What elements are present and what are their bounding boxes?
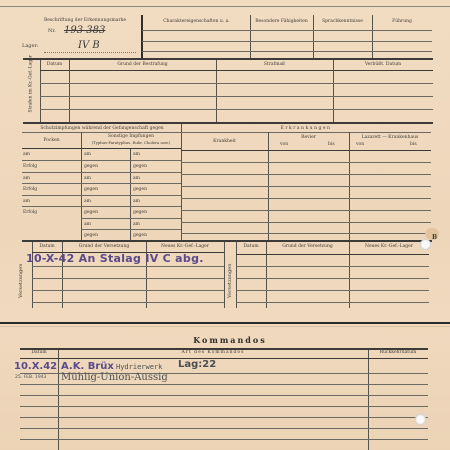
sonstige-am: am [133,152,140,157]
sonstige-gegen: gegen [84,210,98,215]
col-lazarett: Lazarett — Krankenhaus [349,135,431,140]
col-faehigkeiten: Besondere Fähigkeiten [250,19,313,24]
nr-value: 193 383 [64,25,105,36]
col-sonstige: Sonstige Impfungen [81,134,181,139]
col-art: Art des Kommandos [58,350,368,355]
sonstige-am: am [84,176,91,181]
row-line [181,210,431,211]
lazarett-von: von [356,142,364,147]
lager-dotted-line [44,52,136,53]
row-line [181,186,431,187]
sonstige-am: am [133,199,140,204]
col-divider [236,242,237,308]
punch-hole [420,239,431,250]
row-line [181,132,431,133]
col-datum: Datum [32,244,62,249]
strafen-side-label: Strafen im Kr.-Gef.-Lager [29,63,34,113]
sonstige-am: am [84,222,91,227]
row-line [181,150,431,151]
row-line [236,254,429,255]
row-line [142,30,432,31]
col-fuehrung: Führung [372,19,432,24]
col-datum: Datum [40,62,69,67]
kommando-date-1: 10.X.42 [14,361,57,372]
row-line [181,233,431,234]
revier-von: von [280,142,288,147]
row-line [142,51,432,52]
row-line [22,183,81,184]
pocken-erfolg: Erfolg [23,187,37,192]
kommandos-title: Kommandos [160,335,300,345]
row-line [32,290,224,291]
row-line [81,218,181,219]
row-line [81,229,181,230]
pocken-erfolg: Erfolg [23,210,37,215]
row-line [22,195,81,196]
kommando-text-1: A.K. Brüx [61,361,114,372]
col-krankheit: Krankheit [181,139,268,144]
revier-bis: bis [328,142,335,147]
row-line [236,290,429,291]
col-grund: Grund der Bestrafung [69,62,216,67]
col-neues-lager: Neues Kr.-Gef.-Lager [146,244,224,249]
row-line [181,222,431,223]
row-line [40,70,433,71]
fold-line [0,322,450,324]
sonstige-am: am [133,176,140,181]
lager-label: Lager: [22,43,39,49]
row-line [236,278,429,279]
row-line [32,266,224,267]
col-rueckkehr: Rückkehrdatum [368,350,428,355]
kommando-lag: Lag:22 [178,359,216,370]
row-line [20,417,428,418]
col-pocken: Pocken [22,138,81,143]
fold-shade [0,326,450,327]
col-sonstige-sub: (Typhus-Paratyphus, Ruhr, Cholera usw.) [81,140,181,145]
row-line [181,174,431,175]
row-line [81,183,181,184]
row-line [40,109,433,110]
versetzungen-right-label: Versetzungen [227,248,233,298]
col-grund: Grund der Versetzung [62,244,146,249]
col-divider [368,350,369,450]
row-line [236,302,429,303]
versetzung-stamp: 10-X-42 An Stalag IV C abg. [26,252,204,265]
col-divider [130,148,131,240]
corner-mark: B [432,234,437,241]
row-line [236,266,429,267]
versetzungen-left-label: Versetzungen [18,248,24,298]
col-divider [266,242,267,308]
row-line [20,384,428,385]
section-border [23,58,433,60]
pocken-am: am [23,199,30,204]
row-line [81,172,181,173]
row-line [32,278,224,279]
row-line [20,395,428,396]
sonstige-am: am [84,199,91,204]
lazarett-bis: bis [410,142,417,147]
sonstige-gegen: gegen [133,187,147,192]
col-divider [224,242,225,308]
col-verbuesst: Verbüßt. Datum [333,62,433,67]
row-line [142,41,432,42]
col-charakter: Charaktereigenschaften u. a. [143,19,250,24]
row-line [20,428,428,429]
col-neues-lager: Neues Kr.-Gef.-Lager [349,244,429,249]
kommando-text-2: Mühlig-Union-Aussig [61,372,168,383]
sonstige-am: am [133,222,140,227]
col-grund: Grund der Versetzung [266,244,349,249]
pocken-am: am [23,152,30,157]
col-sprachen: Sprachkenntnisse [313,19,372,24]
sonstige-gegen: gegen [133,210,147,215]
row-line [20,439,428,440]
punch-hole [415,414,426,425]
col-strafmass: Strafmaß [216,62,333,67]
pow-record-card: Beschriftung der Erkennungsmarke Nr. 193… [0,0,450,450]
sonstige-gegen: gegen [84,164,98,169]
row-line [20,406,428,407]
row-line [20,358,428,359]
row-line [181,162,431,163]
col-divider [349,242,350,308]
row-line [40,96,433,97]
row-line [81,195,181,196]
kommando-date-2: 25. FEB. 1943 [15,375,46,380]
pocken-am: am [23,176,30,181]
sonstige-am: am [84,152,91,157]
sonstige-gegen: gegen [84,233,98,238]
sonstige-gegen: gegen [84,187,98,192]
section-border [22,240,432,242]
top-edge [0,6,450,7]
row-line [81,160,181,161]
erkrankungen-title: Erkrankungen [181,126,431,131]
tag-label: Beschriftung der Erkennungsmarke [40,18,130,23]
row-line [22,206,81,207]
kommando-extra-1: Hydrierwerk [116,363,162,371]
row-line [22,148,181,149]
col-datum: Datum [236,244,266,249]
sonstige-gegen: gegen [133,233,147,238]
col-divider [58,350,59,450]
row-line [181,198,431,199]
row-line [22,160,81,161]
sonstige-gegen: gegen [133,164,147,169]
row-line [32,302,224,303]
col-revier: Revier [268,135,349,140]
section-border [23,122,433,124]
impf-title: Schutzimpfungen während der Gefangenscha… [22,126,182,131]
lager-value: IV B [78,40,100,51]
pocken-erfolg: Erfolg [23,164,37,169]
col-datum: Datum [20,350,58,355]
row-line [22,172,81,173]
row-line [22,132,181,133]
row-line [40,83,433,84]
row-line [81,206,181,207]
nr-label: Nr. [48,28,56,34]
